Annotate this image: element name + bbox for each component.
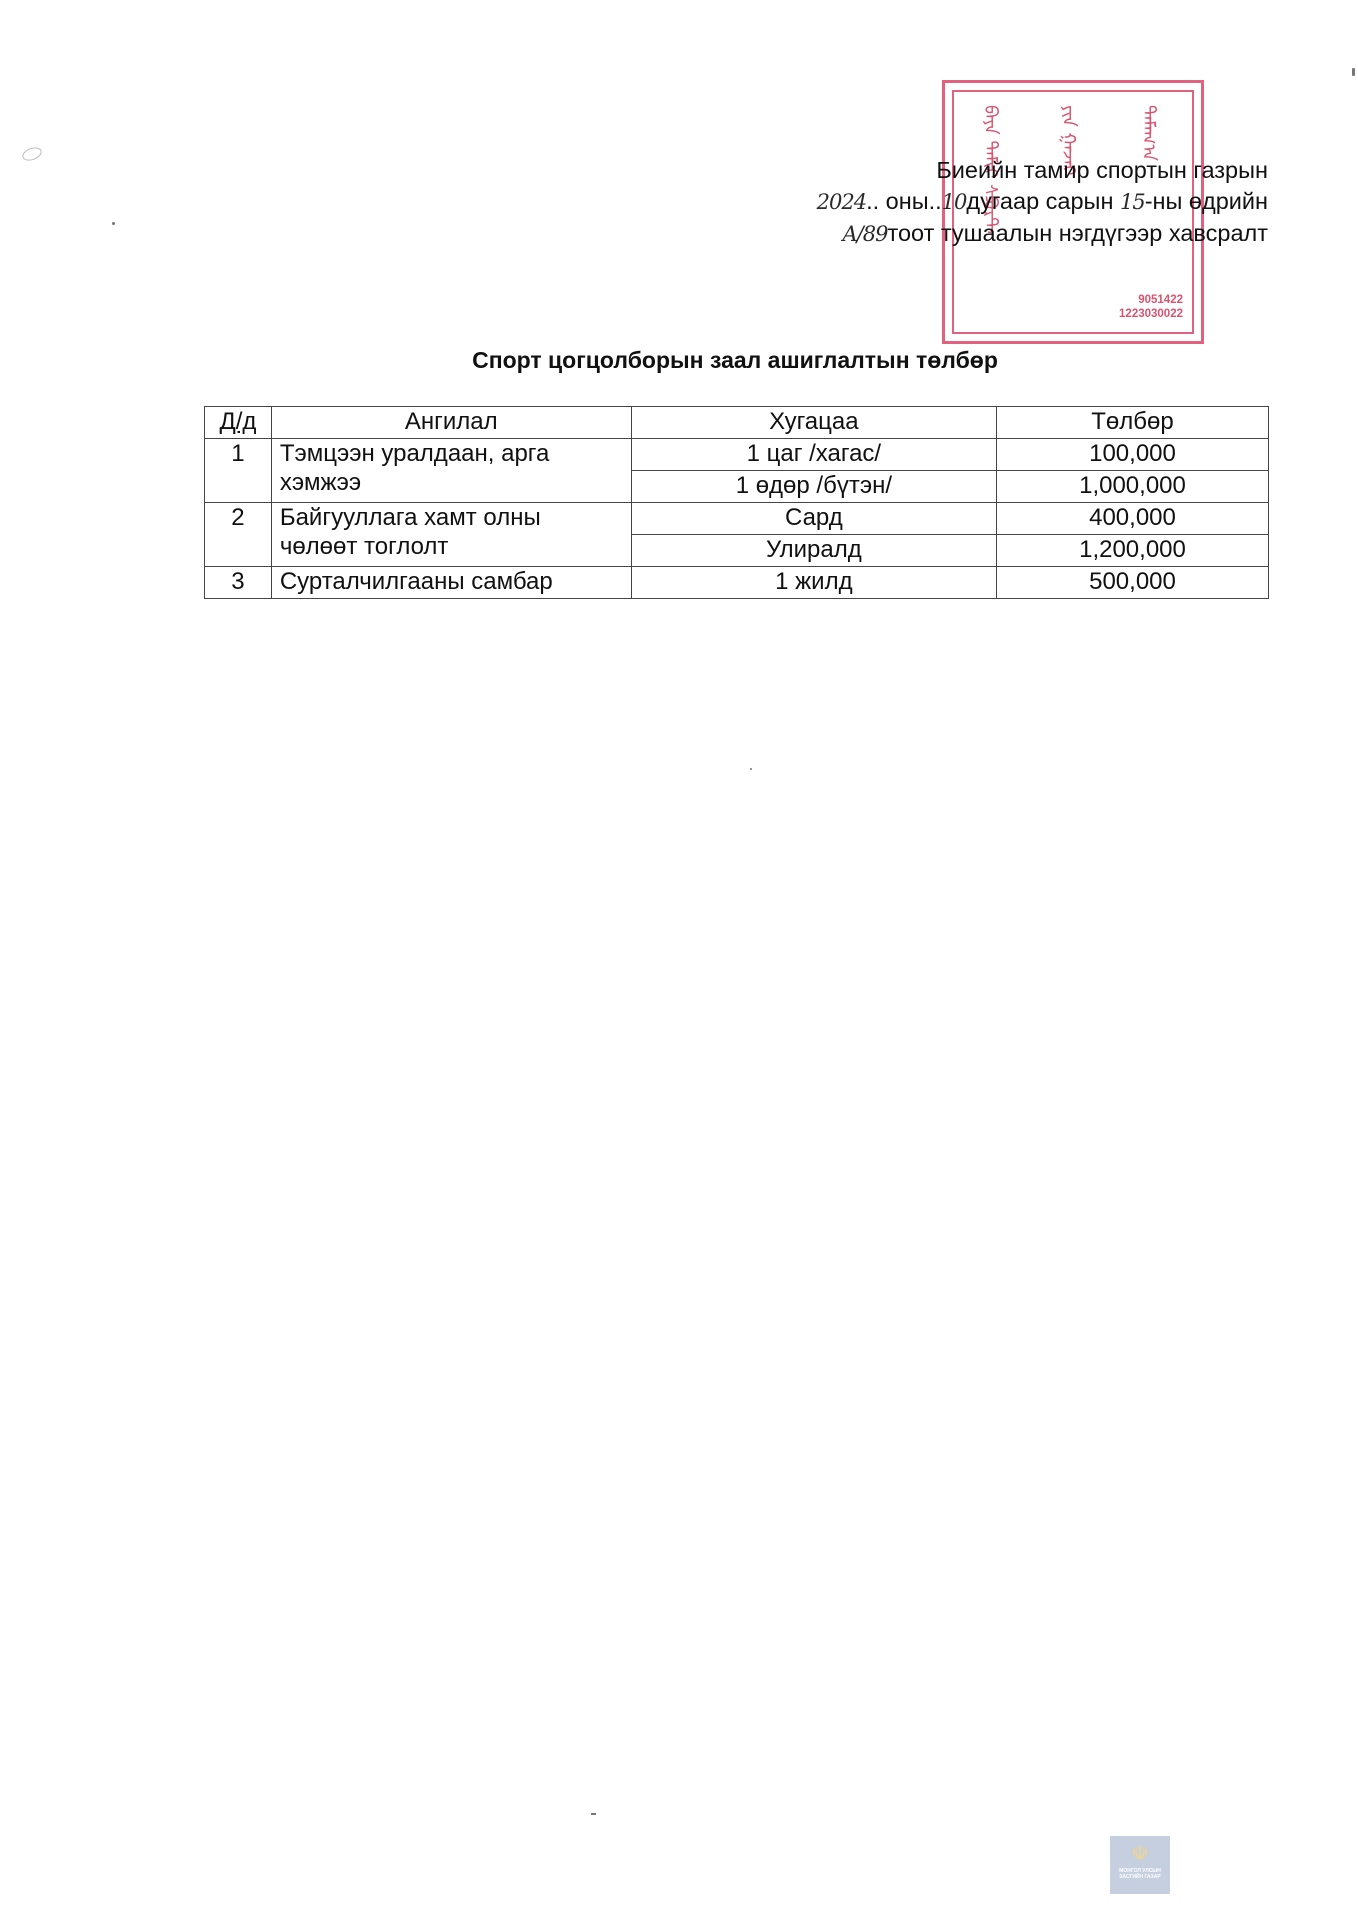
attachment-header: Биеийн тамир спортын газрын 2024.. оны..… — [817, 155, 1268, 250]
scan-speck — [591, 1813, 596, 1815]
scan-mark — [21, 145, 44, 163]
row-duration: 1 өдөр /бүтэн/ — [631, 471, 996, 503]
government-logo: ☫ МОНГОЛ УЛСЫН ЗАСГИЙН ГАЗАР — [1110, 1836, 1170, 1894]
table-row: 2Байгууллага хамт олны чөлөөт тоглолтСар… — [205, 503, 1269, 535]
header-duration: Хугацаа — [631, 407, 996, 439]
table-row: 3Сурталчилгааны самбар1 жилд500,000 — [205, 567, 1269, 599]
row-fee: 1,200,000 — [996, 535, 1268, 567]
row-fee: 500,000 — [996, 567, 1268, 599]
header-line-2: 2024.. оны..10дугаар сарын 15-ны өдрийн — [817, 186, 1268, 218]
table-body: 1Тэмцээн уралдаан, арга хэмжээ1 цаг /хаг… — [205, 439, 1269, 599]
scan-speck — [112, 222, 115, 225]
header-category: Ангилал — [271, 407, 631, 439]
table-row: 1Тэмцээн уралдаан, арга хэмжээ1 цаг /хаг… — [205, 439, 1269, 471]
handwritten-day: 15 — [1120, 190, 1145, 214]
scan-speck — [750, 768, 752, 770]
fee-table: Д/д Ангилал Хугацаа Төлбөр 1Тэмцээн урал… — [204, 406, 1269, 599]
row-duration: Сард — [631, 503, 996, 535]
handwritten-order-number: A/89 — [842, 222, 887, 246]
row-fee: 100,000 — [996, 439, 1268, 471]
row-duration: 1 жилд — [631, 567, 996, 599]
scan-speck — [1352, 68, 1355, 76]
document-title: Спорт цогцолборын заал ашиглалтын төлбөр — [0, 347, 1358, 374]
header-no: Д/д — [205, 407, 272, 439]
header-fee: Төлбөр — [996, 407, 1268, 439]
year-suffix: оны — [886, 188, 929, 214]
row-category: Байгууллага хамт олны чөлөөт тоглолт — [271, 503, 631, 567]
handwritten-month: 10 — [942, 190, 967, 214]
row-category: Сурталчилгааны самбар — [271, 567, 631, 599]
header-line-3: A/89тоот тушаалын нэгдүгээр хавсралт — [817, 218, 1268, 250]
row-duration: 1 цаг /хагас/ — [631, 439, 996, 471]
row-number: 1 — [205, 439, 272, 503]
stamp-number-2: 1223030022 — [1119, 307, 1183, 321]
table-header-row: Д/д Ангилал Хугацаа Төлбөр — [205, 407, 1269, 439]
row-number: 3 — [205, 567, 272, 599]
month-suffix: дугаар сарын — [966, 188, 1113, 214]
row-category: Тэмцээн уралдаан, арга хэмжээ — [271, 439, 631, 503]
day-suffix: -ны өдрийн — [1145, 188, 1268, 214]
row-fee: 400,000 — [996, 503, 1268, 535]
row-number: 2 — [205, 503, 272, 567]
row-duration: Улиралд — [631, 535, 996, 567]
soyombo-icon: ☫ — [1110, 1840, 1170, 1868]
order-suffix: тоот тушаалын нэгдүгээр хавсралт — [887, 220, 1268, 246]
header-line-1: Биеийн тамир спортын газрын — [817, 155, 1268, 186]
logo-text-2: ЗАСГИЙН ГАЗАР — [1110, 1874, 1170, 1880]
row-fee: 1,000,000 — [996, 471, 1268, 503]
stamp-number-1: 9051422 — [1119, 293, 1183, 307]
handwritten-year: 2024 — [817, 190, 866, 214]
stamp-numbers: 9051422 1223030022 — [1119, 293, 1183, 321]
document-page: ᠪᠡᠶᠡ ᠲᠠᠮᠢᠷ ᠰᠫᠣᠷᠲ ᠶᠢᠨ ᠭᠠᠵᠠᠷ ᠲᠠᠮᠠᠭ᠎ᠠ 90514… — [0, 0, 1358, 1920]
